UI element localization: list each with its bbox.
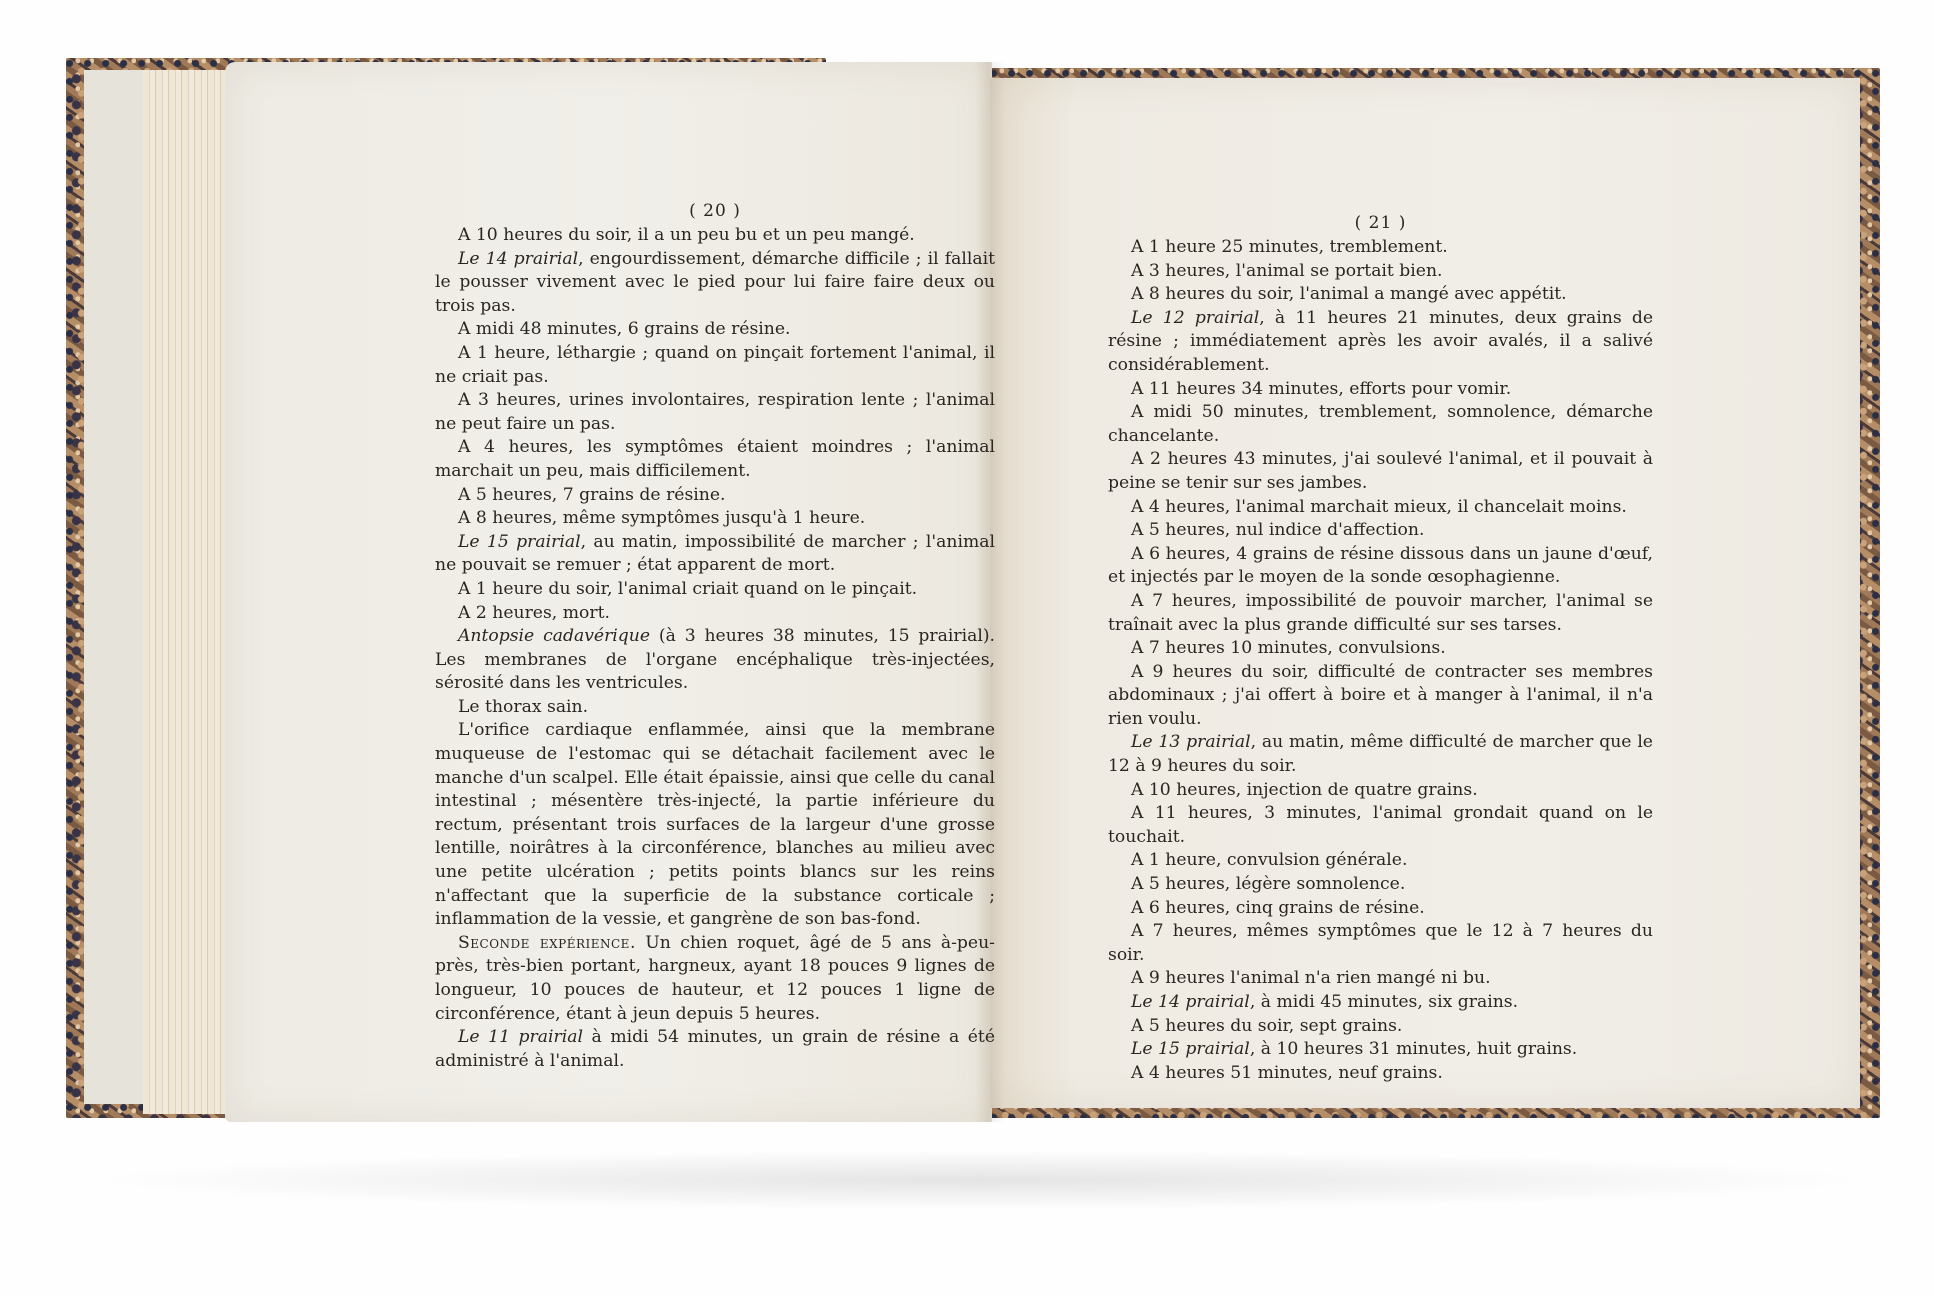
paragraph: A 8 heures du soir, l'animal a mangé ave… (1108, 283, 1653, 307)
text-run: Le 15 prairial (458, 532, 581, 552)
book-shadow (80, 1150, 1880, 1210)
book-photo: ( 20 ) A 10 heures du soir, il a un peu … (0, 0, 1934, 1296)
paragraph: Le 12 prairial, à 11 heures 21 minutes, … (1108, 307, 1653, 378)
text-run: A 7 heures 10 minutes, convulsions. (1131, 638, 1446, 658)
text-run: L'orifice cardiaque enflammée, ainsi que… (435, 720, 995, 929)
left-page-body: A 10 heures du soir, il a un peu bu et u… (435, 224, 995, 1073)
text-run: A 3 heures, l'animal se portait bien. (1131, 261, 1443, 281)
paragraph: A 8 heures, même symptômes jusqu'à 1 heu… (435, 507, 995, 531)
paragraph: A 6 heures, 4 grains de résine dissous d… (1108, 543, 1653, 590)
paragraph: A 4 heures, l'animal marchait mieux, il … (1108, 496, 1653, 520)
paragraph: Le 15 prairial, au matin, impossibilité … (435, 531, 995, 578)
paragraph: Antopsie cadavérique (à 3 heures 38 minu… (435, 625, 995, 696)
paragraph: A midi 48 minutes, 6 grains de résine. (435, 318, 995, 342)
paragraph: Le thorax sain. (435, 696, 995, 720)
text-run: A 11 heures, 3 minutes, l'animal grondai… (1108, 803, 1653, 847)
paragraph: A 3 heures, urines involontaires, respir… (435, 389, 995, 436)
text-run: , à 10 heures 31 minutes, huit grains. (1250, 1039, 1577, 1059)
text-run: , à midi 45 minutes, six grains. (1250, 992, 1518, 1012)
paragraph: A 9 heures du soir, difficulté de contra… (1108, 661, 1653, 732)
paragraph: A 2 heures, mort. (435, 602, 995, 626)
text-run: A 4 heures 51 minutes, neuf grains. (1131, 1063, 1443, 1083)
paragraph: A 6 heures, cinq grains de résine. (1108, 897, 1653, 921)
text-run: prairial (514, 249, 578, 269)
text-run: Antopsie cadavérique (458, 626, 650, 646)
right-page-text: ( 21 ) A 1 heure 25 minutes, tremblement… (1108, 212, 1653, 1085)
paragraph: A 5 heures du soir, sept grains. (1108, 1015, 1653, 1039)
text-run: Le 14 (458, 249, 514, 269)
text-run: Le 12 prairial (1131, 308, 1259, 328)
text-run: Seconde expérience. (458, 933, 636, 953)
page-number-right: ( 21 ) (1108, 212, 1653, 236)
paragraph: A 7 heures 10 minutes, convulsions. (1108, 637, 1653, 661)
paragraph: A 2 heures 43 minutes, j'ai soulevé l'an… (1108, 448, 1653, 495)
text-run: A 7 heures, impossibilité de pouvoir mar… (1108, 591, 1653, 635)
paragraph: A 11 heures, 3 minutes, l'animal grondai… (1108, 802, 1653, 849)
text-run: Le 11 prairial (458, 1027, 583, 1047)
paragraph: A 1 heure, léthargie ; quand on pinçait … (435, 342, 995, 389)
text-run: A 11 heures 34 minutes, efforts pour vom… (1131, 379, 1511, 399)
text-run: A 1 heure du soir, l'animal criait quand… (458, 579, 917, 599)
text-run: Le 13 prairial (1131, 732, 1251, 752)
paragraph: A 4 heures 51 minutes, neuf grains. (1108, 1062, 1653, 1086)
paragraph: A 9 heures l'animal n'a rien mangé ni bu… (1108, 967, 1653, 991)
paragraph: A 3 heures, l'animal se portait bien. (1108, 260, 1653, 284)
text-run: A 9 heures l'animal n'a rien mangé ni bu… (1131, 968, 1491, 988)
text-run: A 1 heure 25 minutes, tremblement. (1131, 237, 1448, 257)
text-run: A midi 50 minutes, tremblement, somnolen… (1108, 402, 1653, 446)
text-run: A 5 heures, légère somnolence. (1131, 874, 1405, 894)
text-run: A 5 heures, 7 grains de résine. (458, 485, 725, 505)
text-run: A 3 heures, urines involontaires, respir… (435, 390, 995, 434)
paragraph: Seconde expérience. Un chien roquet, âgé… (435, 932, 995, 1026)
paragraph: A 11 heures 34 minutes, efforts pour vom… (1108, 378, 1653, 402)
text-run: Le 15 prairial (1131, 1039, 1250, 1059)
blank-leaf-edges (143, 70, 233, 1114)
text-run: A 2 heures, mort. (458, 603, 610, 623)
paragraph: Le 13 prairial, au matin, même difficult… (1108, 731, 1653, 778)
text-run: A 10 heures du soir, il a un peu bu et u… (458, 225, 915, 245)
paragraph: A 4 heures, les symptômes étaient moindr… (435, 436, 995, 483)
text-run: A midi 48 minutes, 6 grains de résine. (458, 319, 791, 339)
text-run: A 5 heures, nul indice d'affection. (1131, 520, 1424, 540)
left-page-text: ( 20 ) A 10 heures du soir, il a un peu … (435, 200, 995, 1073)
paragraph: A 10 heures du soir, il a un peu bu et u… (435, 224, 995, 248)
paragraph: A 1 heure, convulsion générale. (1108, 849, 1653, 873)
paragraph: A 5 heures, 7 grains de résine. (435, 484, 995, 508)
text-run: A 2 heures 43 minutes, j'ai soulevé l'an… (1108, 449, 1653, 493)
paragraph: A 5 heures, nul indice d'affection. (1108, 519, 1653, 543)
text-run: A 4 heures, l'animal marchait mieux, il … (1131, 497, 1627, 517)
paragraph: A 5 heures, légère somnolence. (1108, 873, 1653, 897)
text-run: Le 14 prairial (1131, 992, 1250, 1012)
paragraph: Le 14 prairial, à midi 45 minutes, six g… (1108, 991, 1653, 1015)
text-run: A 6 heures, 4 grains de résine dissous d… (1108, 544, 1653, 588)
text-run: A 5 heures du soir, sept grains. (1131, 1016, 1402, 1036)
text-run: A 9 heures du soir, difficulté de contra… (1108, 662, 1653, 729)
paragraph: Le 11 prairial à midi 54 minutes, un gra… (435, 1026, 995, 1073)
paragraph: A 7 heures, impossibilité de pouvoir mar… (1108, 590, 1653, 637)
text-run: A 4 heures, les symptômes étaient moindr… (435, 437, 995, 481)
page-number-left: ( 20 ) (435, 200, 995, 224)
text-run: A 10 heures, injection de quatre grains. (1131, 780, 1478, 800)
text-run: A 8 heures du soir, l'animal a mangé ave… (1131, 284, 1567, 304)
paragraph: A midi 50 minutes, tremblement, somnolen… (1108, 401, 1653, 448)
text-run: A 6 heures, cinq grains de résine. (1131, 898, 1425, 918)
paragraph: A 1 heure 25 minutes, tremblement. (1108, 236, 1653, 260)
paragraph: A 10 heures, injection de quatre grains. (1108, 779, 1653, 803)
text-run: A 1 heure, convulsion générale. (1131, 850, 1407, 870)
paragraph: L'orifice cardiaque enflammée, ainsi que… (435, 719, 995, 931)
paragraph: A 1 heure du soir, l'animal criait quand… (435, 578, 995, 602)
paragraph: Le 15 prairial, à 10 heures 31 minutes, … (1108, 1038, 1653, 1062)
text-run: Le thorax sain. (458, 697, 588, 717)
paragraph: A 7 heures, mêmes symptômes que le 12 à … (1108, 920, 1653, 967)
text-run: A 8 heures, même symptômes jusqu'à 1 heu… (458, 508, 865, 528)
text-run: A 7 heures, mêmes symptômes que le 12 à … (1108, 921, 1653, 965)
right-page-body: A 1 heure 25 minutes, tremblement.A 3 he… (1108, 236, 1653, 1085)
paragraph: Le 14 prairial, engourdissement, démarch… (435, 248, 995, 319)
text-run: A 1 heure, léthargie ; quand on pinçait … (435, 343, 995, 387)
